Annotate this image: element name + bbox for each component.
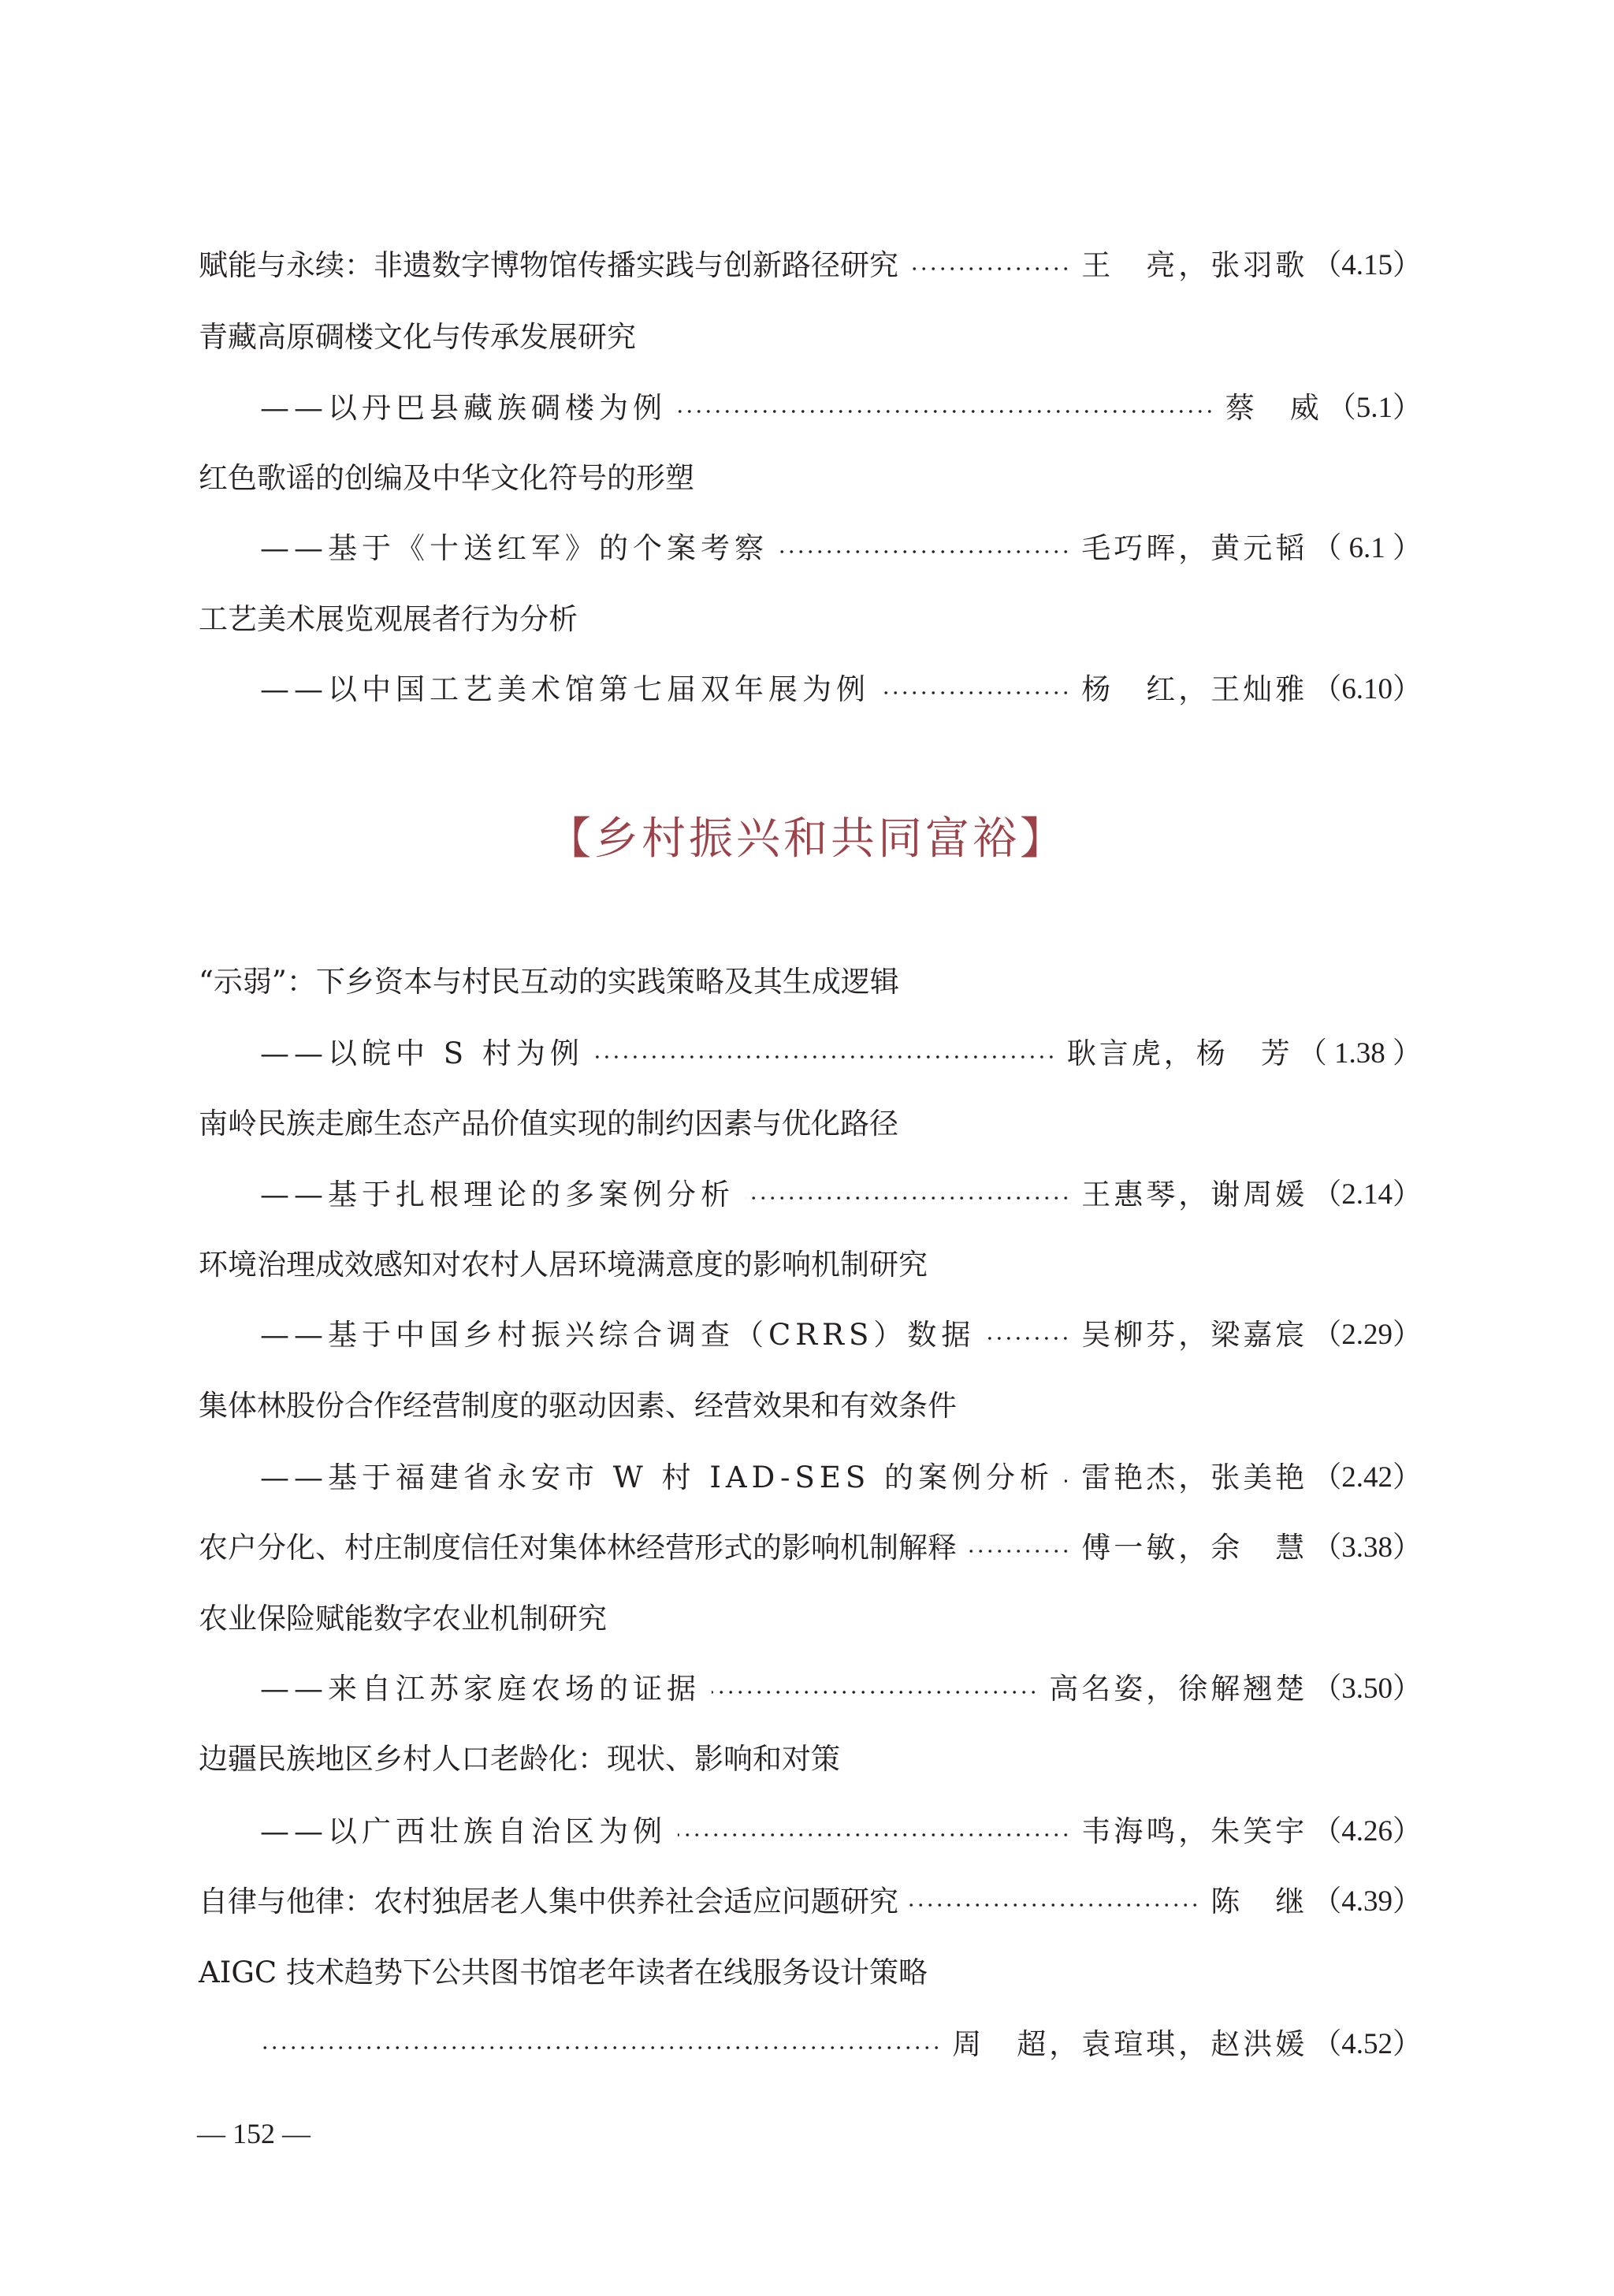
toc-entry-subtitle-line[interactable]: ——基于《十送红军》的个案考察 毛巧晖，黄元韬 （ 6.1 ） [260, 529, 1422, 568]
entry-subtitle: ——来自江苏家庭农场的证据 [260, 1669, 701, 1709]
entry-title: 赋能与永续：非遗数字博物馆传播实践与创新路径研究 [199, 246, 898, 285]
entry-authors: 高名姿，徐解翘楚 [1049, 1669, 1307, 1709]
entry-page-ref: （6.10） [1312, 670, 1422, 709]
toc-entry-subtitle-line[interactable]: ——以中国工艺美术馆第七届双年展为例 杨 红，王灿雅 （6.10） [260, 670, 1422, 709]
toc-entry-title-line[interactable]: 南岭民族走廊生态产品价值实现的制约因素与优化路径 [199, 1104, 1422, 1144]
dot-leader [595, 1034, 1056, 1074]
dot-leader [712, 1669, 1038, 1709]
entry-authors: 蔡 威 [1225, 389, 1322, 428]
dot-leader [968, 1528, 1070, 1568]
entry-page-ref: （2.29） [1312, 1315, 1422, 1355]
entry-page-ref: （2.42） [1312, 1458, 1422, 1498]
entry-subtitle: ——基于扎根理论的多案例分析 [260, 1175, 734, 1215]
dot-leader [909, 1882, 1199, 1922]
entry-page-ref: （4.52） [1312, 2025, 1422, 2064]
entry-subtitle: ——以中国工艺美术馆第七届双年展为例 [260, 670, 870, 709]
entry-title: 红色歌谣的创编及中华文化符号的形塑 [199, 459, 694, 498]
toc-entry-title-line[interactable]: 环境治理成效感知对农村人居环境满意度的影响机制研究 [199, 1245, 1422, 1285]
entry-title: 青藏高原碉楼文化与传承发展研究 [199, 318, 636, 357]
entry-subtitle: ——以皖中 S 村为例 [260, 1034, 584, 1074]
toc-entry-subtitle-line[interactable]: ——以广西壮族自治区为例 韦海鸣，朱笑宇 （4.26） [260, 1812, 1422, 1851]
entry-title: 南岭民族走廊生态产品价值实现的制约因素与优化路径 [199, 1104, 898, 1144]
toc-entry-title-line[interactable]: AIGC 技术趋势下公共图书馆老年读者在线服务设计策略 [199, 1953, 1422, 1993]
entry-authors: 王惠琴，谢周媛 [1081, 1175, 1307, 1215]
toc-entry[interactable]: 自律与他律：农村独居老人集中供养社会适应问题研究 陈 继 （4.39） [199, 1882, 1422, 1922]
section-heading: 【乡村振兴和共同富裕】 [0, 812, 1614, 867]
entry-title: 自律与他律：农村独居老人集中供养社会适应问题研究 [199, 1882, 898, 1922]
dot-leader [909, 246, 1070, 285]
entry-subtitle: ——基于《十送红军》的个案考察 [260, 529, 768, 568]
entry-subtitle: ——基于福建省永安市 W 村 IAD-SES 的案例分析 [260, 1458, 1054, 1498]
entry-title: “示弱”：下乡资本与村民互动的实践策略及其生成逻辑 [199, 962, 899, 1002]
entry-authors: 王 亮，张羽歌 [1081, 246, 1307, 285]
entry-subtitle: ——以广西壮族自治区为例 [260, 1812, 667, 1851]
entry-page-ref: （4.39） [1312, 1882, 1422, 1922]
entry-title: 集体林股份合作经营制度的驱动因素、经营效果和有效条件 [199, 1386, 957, 1426]
entry-authors: 傅一敏，余 慧 [1081, 1528, 1307, 1568]
entry-authors: 韦海鸣，朱笑宇 [1081, 1812, 1307, 1851]
entry-page-ref: （5.1） [1327, 389, 1422, 428]
toc-entry-subtitle-line[interactable]: ——基于扎根理论的多案例分析 王惠琴，谢周媛 （2.14） [260, 1175, 1422, 1215]
toc-entry-subtitle-line[interactable]: ——以丹巴县藏族碉楼为例 蔡 威 （5.1） [260, 389, 1422, 428]
toc-entry-title-line[interactable]: 青藏高原碉楼文化与传承发展研究 [199, 318, 1422, 357]
toc-entry-title-line[interactable]: 集体林股份合作经营制度的驱动因素、经营效果和有效条件 [199, 1386, 1422, 1426]
entry-authors: 杨 红，王灿雅 [1081, 670, 1307, 709]
dot-leader [881, 670, 1070, 709]
entry-authors: 周 超，袁瑄琪，赵洪媛 [952, 2025, 1307, 2064]
entry-subtitle: ——基于中国乡村振兴综合调查（CRRS）数据 [260, 1315, 975, 1355]
entry-page-ref: （4.26） [1312, 1812, 1422, 1851]
entry-subtitle: ——以丹巴县藏族碉楼为例 [260, 389, 667, 428]
entry-page-ref: （ 1.38 ） [1298, 1034, 1422, 1074]
toc-entry[interactable]: 赋能与永续：非遗数字博物馆传播实践与创新路径研究 王 亮，张羽歌 （4.15） [199, 246, 1422, 285]
entry-page-ref: （3.38） [1312, 1528, 1422, 1568]
toc-entry-subtitle-line[interactable]: ——以皖中 S 村为例 耿言虎，杨 芳 （ 1.38 ） [260, 1034, 1422, 1074]
dot-leader [260, 2025, 941, 2064]
entry-authors: 陈 继 [1210, 1882, 1307, 1922]
entry-page-ref: （2.14） [1312, 1175, 1422, 1215]
toc-entry-subtitle-line[interactable]: ——基于福建省永安市 W 村 IAD-SES 的案例分析 雷艳杰，张美艳 （2.… [260, 1458, 1422, 1498]
toc-entry-title-line[interactable]: 红色歌谣的创编及中华文化符号的形塑 [199, 459, 1422, 498]
toc-entry-subtitle-line[interactable]: ——基于中国乡村振兴综合调查（CRRS）数据 吴柳芬，梁嘉宸 （2.29） [260, 1315, 1422, 1355]
entry-page-ref: （4.15） [1312, 246, 1422, 285]
entry-title: 环境治理成效感知对农村人居环境满意度的影响机制研究 [199, 1245, 928, 1285]
toc-entry[interactable]: 农户分化、村庄制度信任对集体林经营形式的影响机制解释 傅一敏，余 慧 （3.38… [199, 1528, 1422, 1568]
dot-leader [1065, 1458, 1070, 1498]
toc-entry-title-line[interactable]: 工艺美术展览观展者行为分析 [199, 600, 1422, 639]
dot-leader [678, 1812, 1070, 1851]
entry-authors: 雷艳杰，张美艳 [1081, 1458, 1307, 1498]
dot-leader [678, 389, 1214, 428]
entry-title: AIGC 技术趋势下公共图书馆老年读者在线服务设计策略 [199, 1953, 928, 1993]
entry-authors: 毛巧晖，黄元韬 [1081, 529, 1307, 568]
toc-entry-title-line[interactable]: 农业保险赋能数字农业机制研究 [199, 1599, 1422, 1639]
dot-leader [779, 529, 1070, 568]
entry-title: 边疆民族地区乡村人口老龄化：现状、影响和对策 [199, 1740, 840, 1779]
toc-entry-author-line[interactable]: 周 超，袁瑄琪，赵洪媛 （4.52） [260, 2025, 1422, 2064]
toc-entry-title-line[interactable]: “示弱”：下乡资本与村民互动的实践策略及其生成逻辑 [199, 962, 1422, 1002]
entry-page-ref: （3.50） [1312, 1669, 1422, 1709]
entry-page-ref: （ 6.1 ） [1312, 529, 1422, 568]
toc-entry-title-line[interactable]: 边疆民族地区乡村人口老龄化：现状、影响和对策 [199, 1740, 1422, 1779]
entry-title: 农业保险赋能数字农业机制研究 [199, 1599, 607, 1639]
entry-authors: 吴柳芬，梁嘉宸 [1081, 1315, 1307, 1355]
dot-leader [746, 1175, 1070, 1215]
entry-title: 农户分化、村庄制度信任对集体林经营形式的影响机制解释 [199, 1528, 957, 1568]
entry-authors: 耿言虎，杨 芳 [1067, 1034, 1293, 1074]
entry-title: 工艺美术展览观展者行为分析 [199, 600, 578, 639]
page-number: — 152 — [197, 2116, 311, 2151]
dot-leader [986, 1315, 1070, 1355]
toc-entry-subtitle-line[interactable]: ——来自江苏家庭农场的证据 高名姿，徐解翘楚 （3.50） [260, 1669, 1422, 1709]
